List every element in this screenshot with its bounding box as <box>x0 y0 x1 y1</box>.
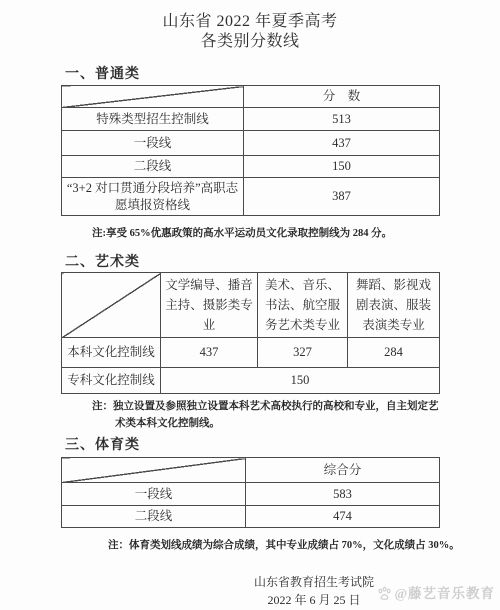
watermark: @藤艺音乐教育 <box>377 582 495 602</box>
title-line-2: 各类别分数线 <box>0 32 500 52</box>
row-value: 474 <box>246 506 440 528</box>
art-column-header: 舞蹈、影视戏剧表演、服装表演类专业 <box>348 273 440 338</box>
row-label: 特殊类型招生控制线 <box>62 108 244 131</box>
table-row: 专科文化控制线 150 <box>62 368 440 394</box>
table-row: 二段线 474 <box>62 506 440 528</box>
page-title: 山东省 2022 年夏季高考 各类别分数线 <box>0 12 500 52</box>
row-value: 327 <box>258 338 348 368</box>
section-heading-sports: 三、体育类 <box>65 434 140 454</box>
row-label: 本科文化控制线 <box>62 338 161 368</box>
score-column-header: 分 数 <box>244 86 440 108</box>
table-row: “3+2 对口贯通分段培养”高职志愿填报资格线 387 <box>62 178 440 216</box>
note-general: 注:享受 65%优惠政策的高水平运动员文化录取控制线为 284 分。 <box>92 227 392 240</box>
row-value: 150 <box>244 156 440 178</box>
note-art: 注：独立设置及参照独立设置本科艺术高校执行的高校和专业，自主划定艺术类本科文化控… <box>92 398 448 432</box>
section-heading-art: 二、艺术类 <box>65 251 140 271</box>
row-value: 387 <box>244 178 440 216</box>
art-score-table: 文学编导、播音主持、摄影类专业 美术、音乐、书法、航空服务艺术类专业 舞蹈、影视… <box>61 272 440 394</box>
diagonal-header-cell <box>62 86 244 108</box>
row-value: 437 <box>161 338 258 368</box>
table-row: 一段线 583 <box>62 483 440 506</box>
score-column-header: 综合分 <box>246 458 440 483</box>
table-row: 二段线 150 <box>62 156 440 178</box>
row-value-merged: 150 <box>161 368 440 394</box>
art-column-header: 美术、音乐、书法、航空服务艺术类专业 <box>258 273 348 338</box>
row-label: 二段线 <box>62 506 246 528</box>
row-label: 专科文化控制线 <box>62 368 161 394</box>
art-column-header: 文学编导、播音主持、摄影类专业 <box>161 273 258 338</box>
note-sports: 注：体育类划线成绩为综合成绩，其中专业成绩占 70%，文化成绩占 30%。 <box>108 539 460 552</box>
diagonal-header-cell <box>62 273 161 338</box>
paw-icon <box>377 585 392 600</box>
table-header-row: 分 数 <box>62 86 440 108</box>
watermark-text: @藤艺音乐教育 <box>394 582 495 602</box>
row-value: 437 <box>244 131 440 156</box>
document-page: 山东省 2022 年夏季高考 各类别分数线 一、普通类 分 数 特殊类型招生控制… <box>0 0 500 610</box>
table-header-row: 综合分 <box>62 458 440 483</box>
row-value: 513 <box>244 108 440 131</box>
table-header-row: 文学编导、播音主持、摄影类专业 美术、音乐、书法、航空服务艺术类专业 舞蹈、影视… <box>62 273 440 338</box>
table-row: 本科文化控制线 437 327 284 <box>62 338 440 368</box>
row-label: 一段线 <box>62 483 246 506</box>
sports-score-table: 综合分 一段线 583 二段线 474 <box>61 457 440 528</box>
general-score-table: 分 数 特殊类型招生控制线 513 一段线 437 二段线 150 “3+2 对… <box>61 85 440 216</box>
title-line-1: 山东省 2022 年夏季高考 <box>0 12 500 32</box>
row-label: 二段线 <box>62 156 244 178</box>
diagonal-header-cell <box>62 458 246 483</box>
row-value: 583 <box>246 483 440 506</box>
table-row: 一段线 437 <box>62 131 440 156</box>
row-label: 一段线 <box>62 131 244 156</box>
section-heading-general: 一、普通类 <box>65 63 140 83</box>
table-row: 特殊类型招生控制线 513 <box>62 108 440 131</box>
row-value: 284 <box>348 338 440 368</box>
row-label: “3+2 对口贯通分段培养”高职志愿填报资格线 <box>62 178 244 216</box>
